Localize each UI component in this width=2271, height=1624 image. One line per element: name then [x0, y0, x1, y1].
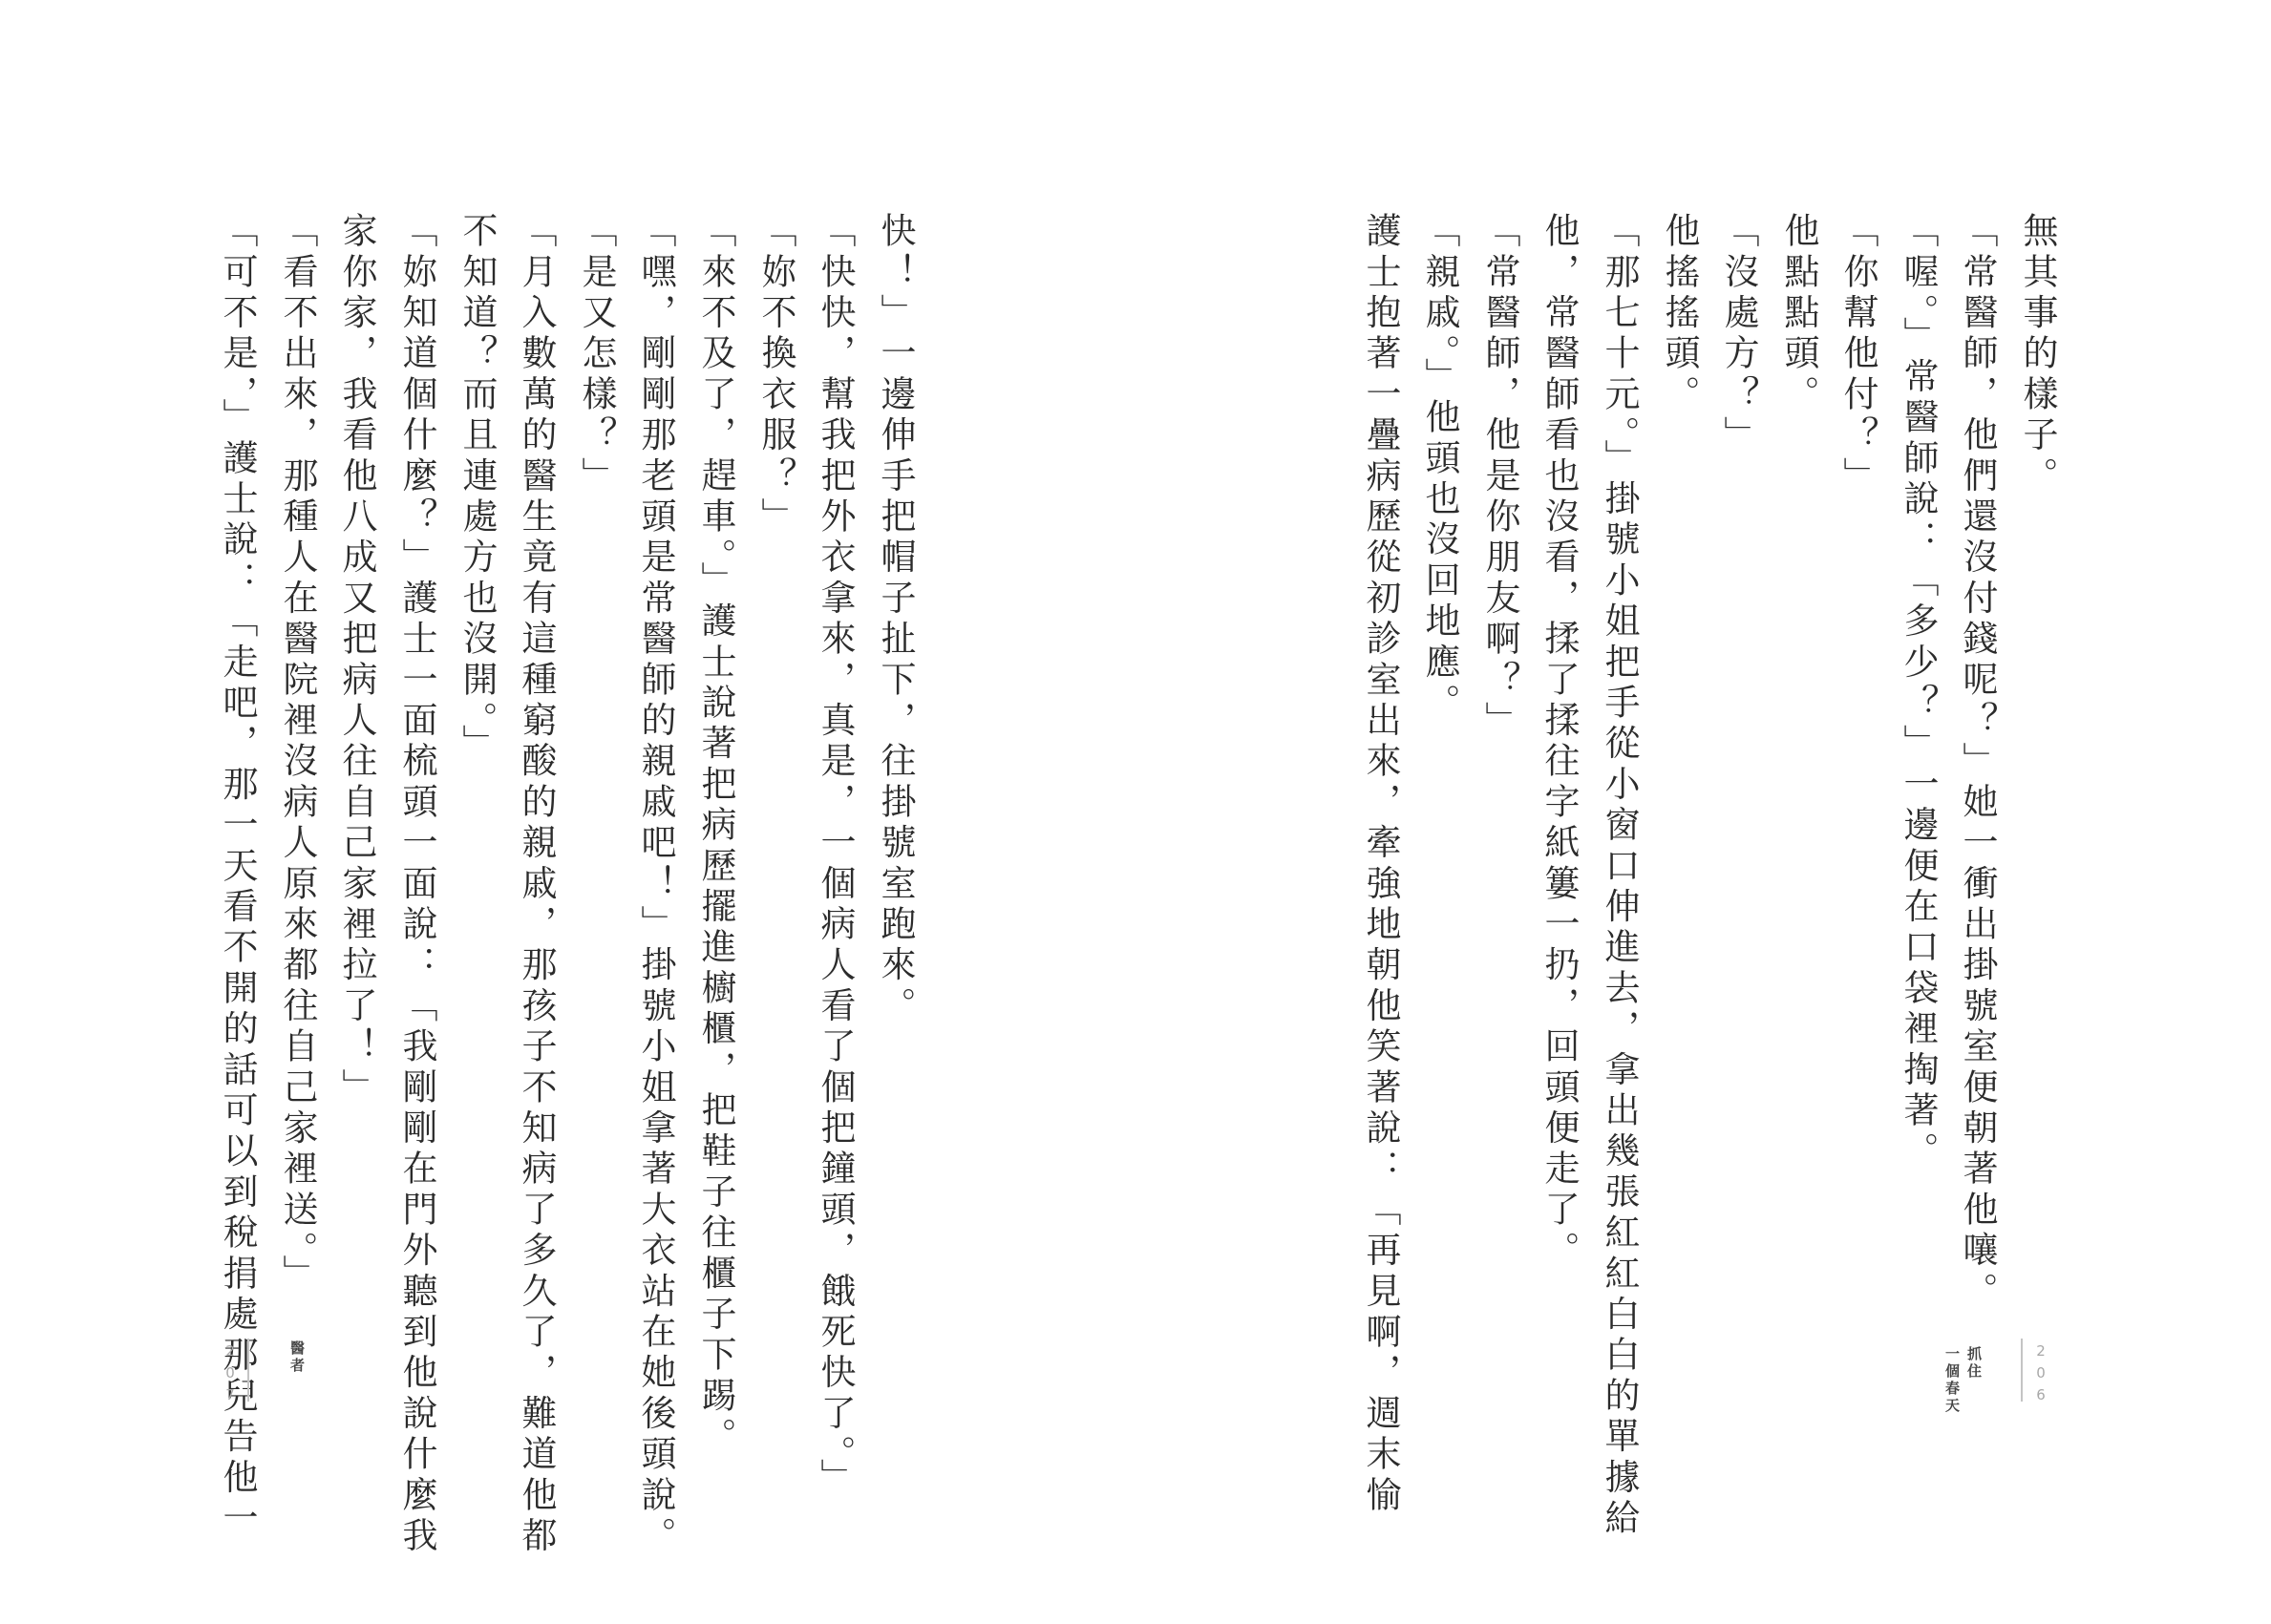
text-column: 「月入數萬的醫生竟有這種窮酸的親戚，那孩子不知病了多久了，難道他都 — [515, 212, 557, 1557]
running-header-line1: 抓住 — [1965, 1346, 1983, 1381]
text-column: 他，常醫師看也沒看，揉了揉往字紙簍一扔，回頭便走了。 — [1538, 212, 1580, 1272]
text-column: 「那七十元。」掛號小姐把手從小窗口伸進去，拿出幾張紅紅白白的單據給 — [1598, 212, 1640, 1540]
text-column: 不知道？而且連處方也沒開。」 — [456, 212, 498, 765]
page-number: 207 — [222, 1342, 239, 1408]
text-column: 快！」一邊伸手把帽子扯下，往掛號室跑來。 — [874, 212, 916, 1027]
text-column: 「妳不換衣服？」 — [754, 212, 796, 538]
text-column: 「常醫師，他是你朋友啊？」 — [1478, 212, 1520, 742]
page-number-divider — [2021, 1339, 2023, 1402]
text-column: 「來不及了，趕車。」護士說著把病歷擺進櫥櫃，把鞋子往櫃子下踢。 — [694, 212, 736, 1458]
text-column: 無其事的樣子。 — [2016, 212, 2058, 497]
left-page: 快！」一邊伸手把帽子扯下，往掛號室跑來。 「快快，幫我把外衣拿來，真是，一個病人… — [0, 0, 1135, 1624]
text-column: 「親戚。」他頭也沒回地應。 — [1418, 212, 1460, 725]
text-column: 「可不是，」護士說：「走吧，那一天看不開的話可以到稅捐處那兒告他一 — [216, 212, 258, 1540]
text-column: 「沒處方？」 — [1717, 212, 1759, 456]
text-column: 「妳知道個什麼？」護士一面梳頭一面說：「我剛剛在門外聽到他說什麼我 — [395, 212, 437, 1557]
text-column: 他點點頭。 — [1777, 212, 1819, 416]
running-header: 醫者 — [288, 1340, 306, 1375]
text-column: 「看不出來，那種人在醫院裡沒病人原來都往自己家裡送。」 — [276, 212, 318, 1295]
text-column: 家你家，我看他八成又把病人往自己家裡拉了！」 — [335, 212, 377, 1108]
text-column: 「是又怎樣？」 — [575, 212, 617, 497]
page-number: 206 — [2032, 1342, 2049, 1408]
text-column: 「嘿，剛剛那老頭是常醫師的親戚吧！」掛號小姐拿著大衣站在她後頭說。 — [634, 212, 676, 1557]
text-column: 「快快，幫我把外衣拿來，真是，一個病人看了個把鐘頭，餓死快了。」 — [814, 212, 856, 1499]
right-page: 無其事的樣子。 「常醫師，他們還沒付錢呢？」她一衝出掛號室便朝著他嚷。 「喔。」… — [1135, 0, 2271, 1624]
page-number-divider — [247, 1339, 249, 1402]
running-header-line2: 一個春天 — [1943, 1346, 1961, 1415]
text-column: 他搖搖頭。 — [1658, 212, 1700, 416]
text-column: 「你幫他付？」 — [1836, 212, 1878, 497]
text-column: 「喔。」常醫師說：「多少？」一邊便在口袋裡掏著。 — [1897, 212, 1939, 1172]
text-column: 「常醫師，他們還沒付錢呢？」她一衝出掛號室便朝著他嚷。 — [1956, 212, 1998, 1313]
text-column: 護士抱著一疊病歷從初診室出來，牽強地朝他笑著說：「再見啊，週末愉 — [1359, 212, 1401, 1516]
